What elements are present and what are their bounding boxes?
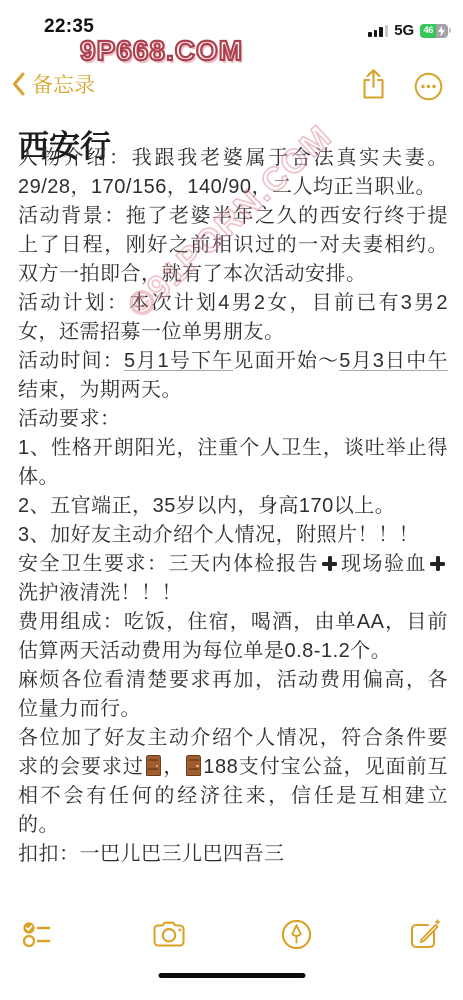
back-label: 备忘录	[32, 69, 95, 99]
time-label: 活动时间：	[18, 350, 124, 372]
date-link-end[interactable]: 5月3日中午	[339, 350, 448, 372]
camera-button[interactable]	[148, 917, 190, 952]
note-paragraph-contact-rule: 各位加了好友主动介绍个人情况，符合条件要求的会要求过，188支付宝公益，见面前互…	[18, 724, 448, 840]
door-emoji	[186, 755, 201, 776]
markup-pen-icon	[281, 919, 312, 950]
compose-button[interactable]	[404, 914, 445, 955]
time-mid: 见面开始～	[233, 350, 339, 372]
bottom-toolbar	[0, 908, 463, 960]
note-paragraph-background: 活动背景：拖了老婆半年之久的西安行终于提上了日程，刚好之前相识过的一对夫妻相约。…	[18, 202, 448, 289]
network-type-label: 5G	[394, 22, 414, 39]
clock: 22:35	[44, 16, 94, 38]
checklist-icon	[22, 920, 56, 948]
note-paragraph-plan: 活动计划：本次计划4男2女，目前已有3男2女，还需招募一位单男朋友。	[18, 289, 448, 347]
home-indicator[interactable]	[158, 973, 305, 979]
markup-button[interactable]	[277, 915, 316, 954]
share-button[interactable]	[358, 66, 389, 105]
back-button[interactable]: 备忘录	[8, 67, 99, 101]
status-right-cluster: 5G 46	[368, 22, 451, 39]
lightning-bolt-icon	[437, 25, 446, 37]
note-paragraph-req2: 2、五官端正，35岁以内，身高170以上。	[18, 492, 448, 521]
note-paragraph-requirements-header: 活动要求：	[18, 405, 448, 434]
note-paragraph-req1: 1、性格开朗阳光，注重个人卫生，谈吐举止得体。	[18, 434, 448, 492]
door-emoji	[146, 755, 161, 776]
safety-b: 现场验血	[340, 553, 427, 575]
note-paragraph-time: 活动时间：5月1号下午见面开始～5月3日中午结束，为期两天。	[18, 347, 448, 405]
checklist-button[interactable]	[18, 916, 60, 952]
note-paragraph-notice: 麻烦各位看清楚要求再加，活动费用偏高，各位量力而行。	[18, 666, 448, 724]
note-paragraph-safety: 安全卫生要求：三天内体检报告现场验血洗护液清洗！！！	[18, 550, 448, 608]
note-paragraph-cost: 费用组成：吃饭，住宿，喝酒，由单AA，目前估算两天活动费用为每位单是0.8-1.…	[18, 608, 448, 666]
chevron-left-icon	[12, 72, 25, 96]
nav-bar: 备忘录	[0, 64, 463, 102]
battery-charging-icon: 46	[420, 24, 451, 38]
battery-percent: 46	[423, 25, 433, 36]
heavy-plus-icon	[322, 556, 337, 571]
note-body[interactable]: 人物介绍：我跟我老婆属于合法真实夫妻。29/28，170/156，140/90，…	[18, 144, 448, 869]
ellipsis-circle-icon	[414, 72, 443, 101]
heavy-plus-icon	[430, 556, 445, 571]
share-icon	[360, 68, 387, 100]
time-tail: 结束，为期两天。	[18, 379, 182, 401]
note-paragraph-intro: 人物介绍：我跟我老婆属于合法真实夫妻。29/28，170/156，140/90，…	[18, 144, 448, 202]
note-paragraph-req3: 3、加好友主动介绍个人情况，附照片！！！	[18, 521, 448, 550]
camera-icon	[152, 921, 186, 948]
date-link-start[interactable]: 5月1号下午	[124, 350, 233, 372]
status-bar: 22:35 5G 46	[0, 0, 463, 44]
cellular-signal-icon	[368, 25, 388, 37]
compose-icon	[408, 918, 441, 951]
note-paragraph-qq: 扣扣：一巴儿巴三儿巴四吾三	[18, 840, 448, 869]
safety-c: 洗护液清洗！！！	[18, 582, 182, 604]
safety-a: 安全卫生要求：三天内体检报告	[18, 553, 319, 575]
contact-rule-comma: ，	[163, 756, 184, 778]
more-button[interactable]	[412, 70, 445, 106]
